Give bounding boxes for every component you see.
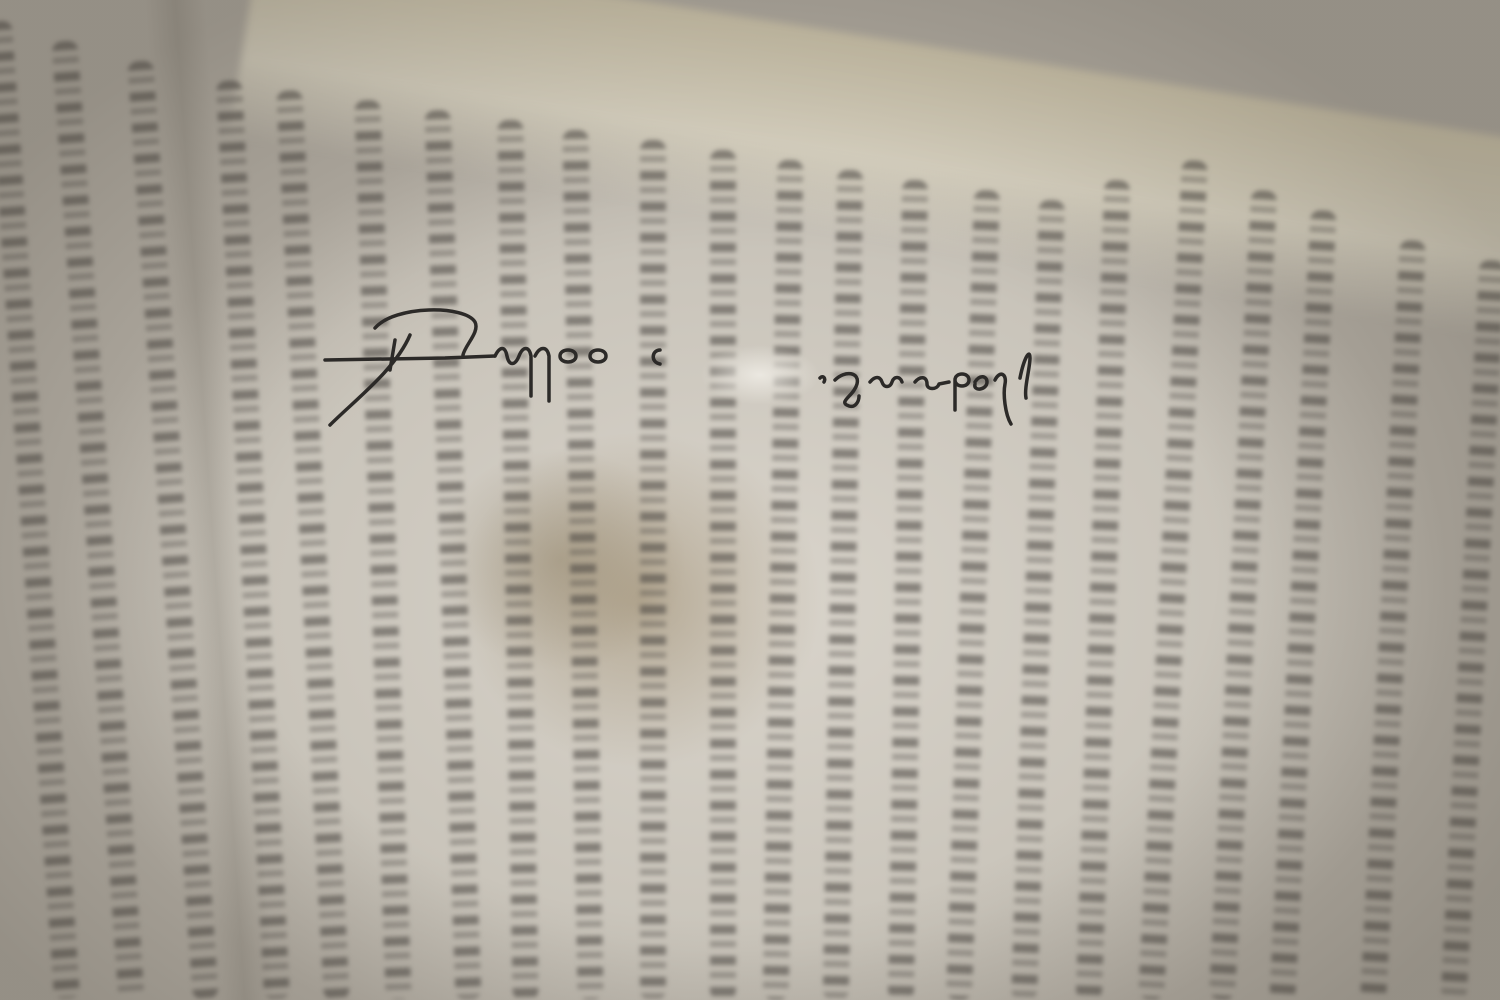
- faded-script-columns: [0, 0, 1500, 1000]
- script-column: [354, 100, 411, 1000]
- script-column: [763, 160, 804, 1000]
- script-column: [424, 110, 481, 1000]
- script-column: [216, 80, 290, 1000]
- script-column: [1269, 210, 1336, 1000]
- script-column: [1209, 190, 1277, 1000]
- script-column: [1138, 160, 1208, 1000]
- manuscript-photo: Filippo e ... zimarad: [0, 0, 1500, 1000]
- script-column: [823, 170, 863, 1000]
- inscription-strokes: [315, 300, 1135, 440]
- script-column: [497, 120, 538, 1000]
- script-column: [562, 130, 603, 1000]
- script-column: [1360, 240, 1426, 1000]
- script-column: [640, 140, 666, 1000]
- script-column: [710, 150, 736, 1000]
- dark-ink-inscription: Filippo e ... zimarad: [315, 300, 1135, 440]
- script-column: [127, 60, 219, 1000]
- script-column: [1441, 260, 1500, 1000]
- script-column: [276, 90, 350, 1000]
